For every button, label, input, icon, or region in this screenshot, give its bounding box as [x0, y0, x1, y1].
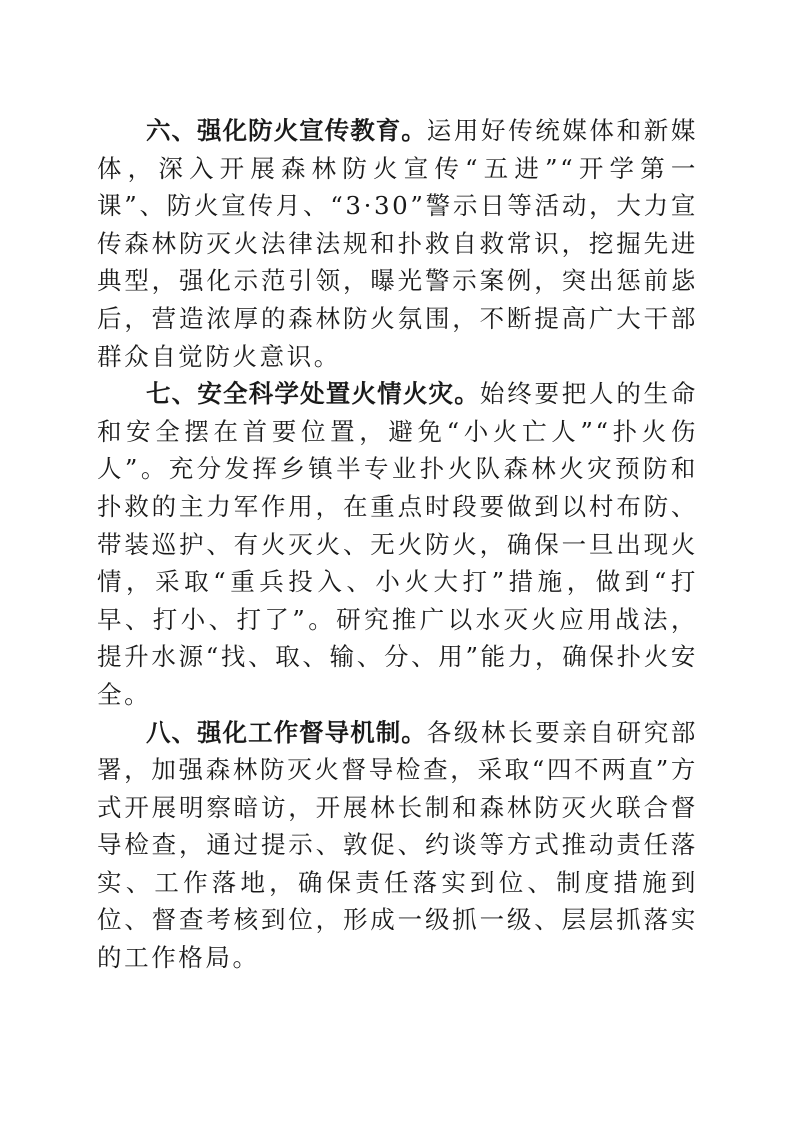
- section-8-body: 各级林长要亲自研究部署，加强森林防灭火督导检查，采取“四不两直”方式开展明察暗访…: [97, 718, 698, 973]
- section-6-paragraph: 六、强化防火宣传教育。运用好传统媒体和新媒体，深入开展森林防火宣传“五进”“开学…: [97, 112, 698, 375]
- section-8-paragraph: 八、强化工作督导机制。各级林长要亲自研究部署，加强森林防灭火督导检查，采取“四不…: [97, 714, 698, 977]
- section-7-paragraph: 七、安全科学处置火情火灾。始终要把人的生命和安全摆在首要位置，避免“小火亡人”“…: [97, 375, 698, 713]
- section-6-body: 运用好传统媒体和新媒体，深入开展森林防火宣传“五进”“开学第一课”、防火宣传月、…: [97, 116, 698, 371]
- section-7-body: 始终要把人的生命和安全摆在首要位置，避免“小火亡人”“扑火伤人”。充分发挥乡镇半…: [97, 379, 698, 709]
- section-6-heading: 六、强化防火宣传教育。: [146, 116, 427, 145]
- section-8-heading: 八、强化工作督导机制。: [146, 718, 427, 747]
- section-7-heading: 七、安全科学处置火情火灾。: [146, 379, 480, 408]
- document-page: 六、强化防火宣传教育。运用好传统媒体和新媒体，深入开展森林防火宣传“五进”“开学…: [97, 112, 698, 977]
